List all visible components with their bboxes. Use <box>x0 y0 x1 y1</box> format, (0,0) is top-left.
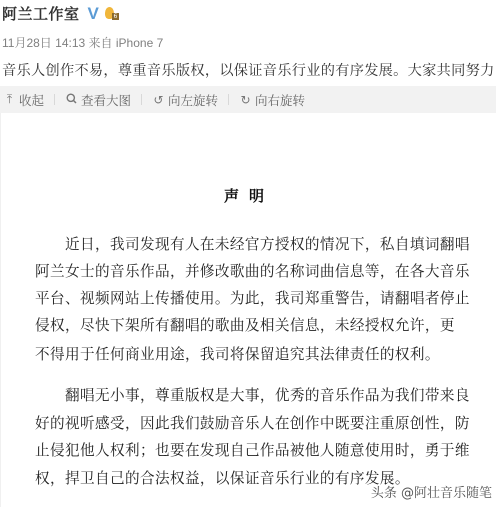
post-header: 阿兰工作室 V 6 11月28日 14:13 来自 iPhone 7 音乐人创作… <box>0 0 496 88</box>
statement-image[interactable]: 声明 近日，我司发现有人在未经官方授权的情况下，私自填词翻唱 阿兰女士的音乐作品… <box>0 113 496 507</box>
post-timestamp[interactable]: 11月28日 14:13 <box>2 36 85 50</box>
toolbar-divider <box>228 94 229 105</box>
view-large-button[interactable]: 查看大图 <box>65 91 131 109</box>
statement-line: 不得用于任何商业用途，我司将保留追究其法律责任的权利。 <box>35 343 440 364</box>
rotate-right-label: 向右旋转 <box>255 91 305 109</box>
level-badge-icon[interactable]: 6 <box>105 7 119 20</box>
statement-line: 侵权，尽快下架所有翻唱的歌曲及相关信息，未经授权允许，更 <box>35 314 455 335</box>
toolbar-divider <box>141 94 142 105</box>
rotate-right-button[interactable]: ↻ 向右旋转 <box>239 91 305 109</box>
statement-line: 权，捍卫自己的合法权益，以保证音乐行业的有序发展。 <box>35 467 410 488</box>
level-number: 6 <box>112 13 119 20</box>
post-text: 音乐人创作不易，尊重音乐版权，以保证音乐行业的有序发展。大家共同努力！ <box>2 60 496 80</box>
statement-line: 平台、视频网站上传播使用。为此，我司郑重警告，请翻唱者停止 <box>35 287 470 308</box>
statement-line: 止侵犯他人权利；也要在发现自己作品被他人随意使用时，勇于维 <box>35 439 470 460</box>
rotate-left-button[interactable]: ↺ 向左旋转 <box>152 91 218 109</box>
verified-icon[interactable]: V <box>88 5 99 22</box>
collapse-label: 收起 <box>19 91 44 109</box>
collapse-icon: ⤒ <box>3 92 16 107</box>
collapse-button[interactable]: ⤒ 收起 <box>3 91 44 109</box>
statement-line: 近日，我司发现有人在未经官方授权的情况下，私自填词翻唱 <box>35 233 470 254</box>
watermark: 头条 @阿壮音乐随笔 <box>371 482 492 501</box>
rotate-left-label: 向左旋转 <box>168 91 218 109</box>
username-link[interactable]: 阿兰工作室 <box>2 3 80 24</box>
statement-line: 好的视听感受，因此我们鼓励音乐人在创作中既要注重原创性，防 <box>35 412 470 433</box>
user-row: 阿兰工作室 V 6 <box>2 2 119 24</box>
rotate-left-icon: ↺ <box>152 93 165 107</box>
image-toolbar: ⤒ 收起 查看大图 ↺ 向左旋转 ↻ 向右旋转 <box>0 86 496 113</box>
rotate-right-icon: ↻ <box>239 93 252 107</box>
post-source[interactable]: iPhone 7 <box>116 36 163 50</box>
statement-line: 阿兰女士的音乐作品，并修改歌曲的名称词曲信息等，在各大音乐 <box>35 260 470 281</box>
toolbar-divider <box>54 94 55 105</box>
view-large-label: 查看大图 <box>81 91 131 109</box>
source-prefix: 来自 <box>89 36 113 50</box>
post-meta: 11月28日 14:13 来自 iPhone 7 <box>2 34 163 51</box>
statement-line: 翻唱无小事，尊重版权是大事，优秀的音乐作品为我们带来良 <box>35 384 470 405</box>
search-icon <box>65 93 78 107</box>
statement-title: 声明 <box>1 185 496 206</box>
